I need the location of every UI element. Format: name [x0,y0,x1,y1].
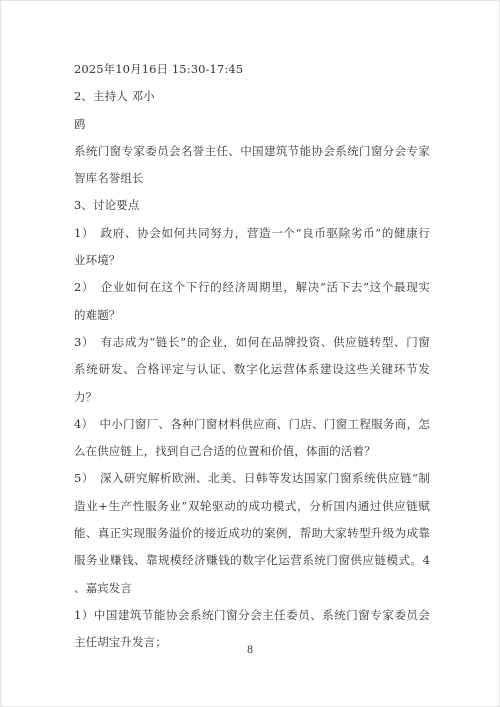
text-line: 3、讨论要点 [74,192,430,219]
text-line: 、嘉宾发言 [74,575,430,602]
text-line: 2） 企业如何在这个下行的经济周期里，解决“活下去”这个最现实 [74,274,430,301]
text-line: 系统门窗专家委员会名誉主任、中国建筑节能协会系统门窗分会专家 [74,138,430,165]
text-line: 1） 政府、协会如何共同努力，营造一个“良币驱除劣币”的健康行 [74,220,430,247]
text-line: 5） 深入研究解析欧洲、北美、日韩等发达国家门窗系统供应链“制 [74,465,430,492]
text-line: 的难题？ [74,302,430,329]
text-line: 力？ [74,384,430,411]
text-line: 造业+生产性服务业”双轮驱动的成功模式，分析国内通过供应链赋 [74,493,430,520]
text-line: 系统研发、合格评定与认证、数字化运营体系建设这些关键环节发 [74,356,430,383]
text-line: 业环境？ [74,247,430,274]
text-line: 能、真正实现服务溢价的接近成功的案例，帮助大家转型升级为成靠 [74,520,430,547]
text-line: 服务业赚钱、靠规模经济赚钱的数字化运营系统门窗供应链模式。4 [74,547,430,574]
text-line: 2、主持人 邓小 [74,83,430,110]
document-page: 2025年10月16日 15:30-17:452、主持人 邓小鸥系统门窗专家委员… [0,0,500,707]
text-line: 么在供应链上，找到自己合适的位置和价值，体面的活着？ [74,438,430,465]
text-line: 2025年10月16日 15:30-17:45 [74,56,430,83]
document-body: 2025年10月16日 15:30-17:452、主持人 邓小鸥系统门窗专家委员… [74,56,430,657]
page-number: 8 [1,645,499,656]
text-line: 1）中国建筑节能协会系统门窗分会主任委员、系统门窗专家委员会 [74,602,430,629]
text-line: 智库名誉组长 [74,165,430,192]
text-line: 3） 有志成为“链长”的企业，如何在品牌投资、供应链转型、门窗 [74,329,430,356]
text-line: 4） 中小门窗厂、各种门窗材料供应商、门店、门窗工程服务商，怎 [74,411,430,438]
text-line: 鸥 [74,111,430,138]
